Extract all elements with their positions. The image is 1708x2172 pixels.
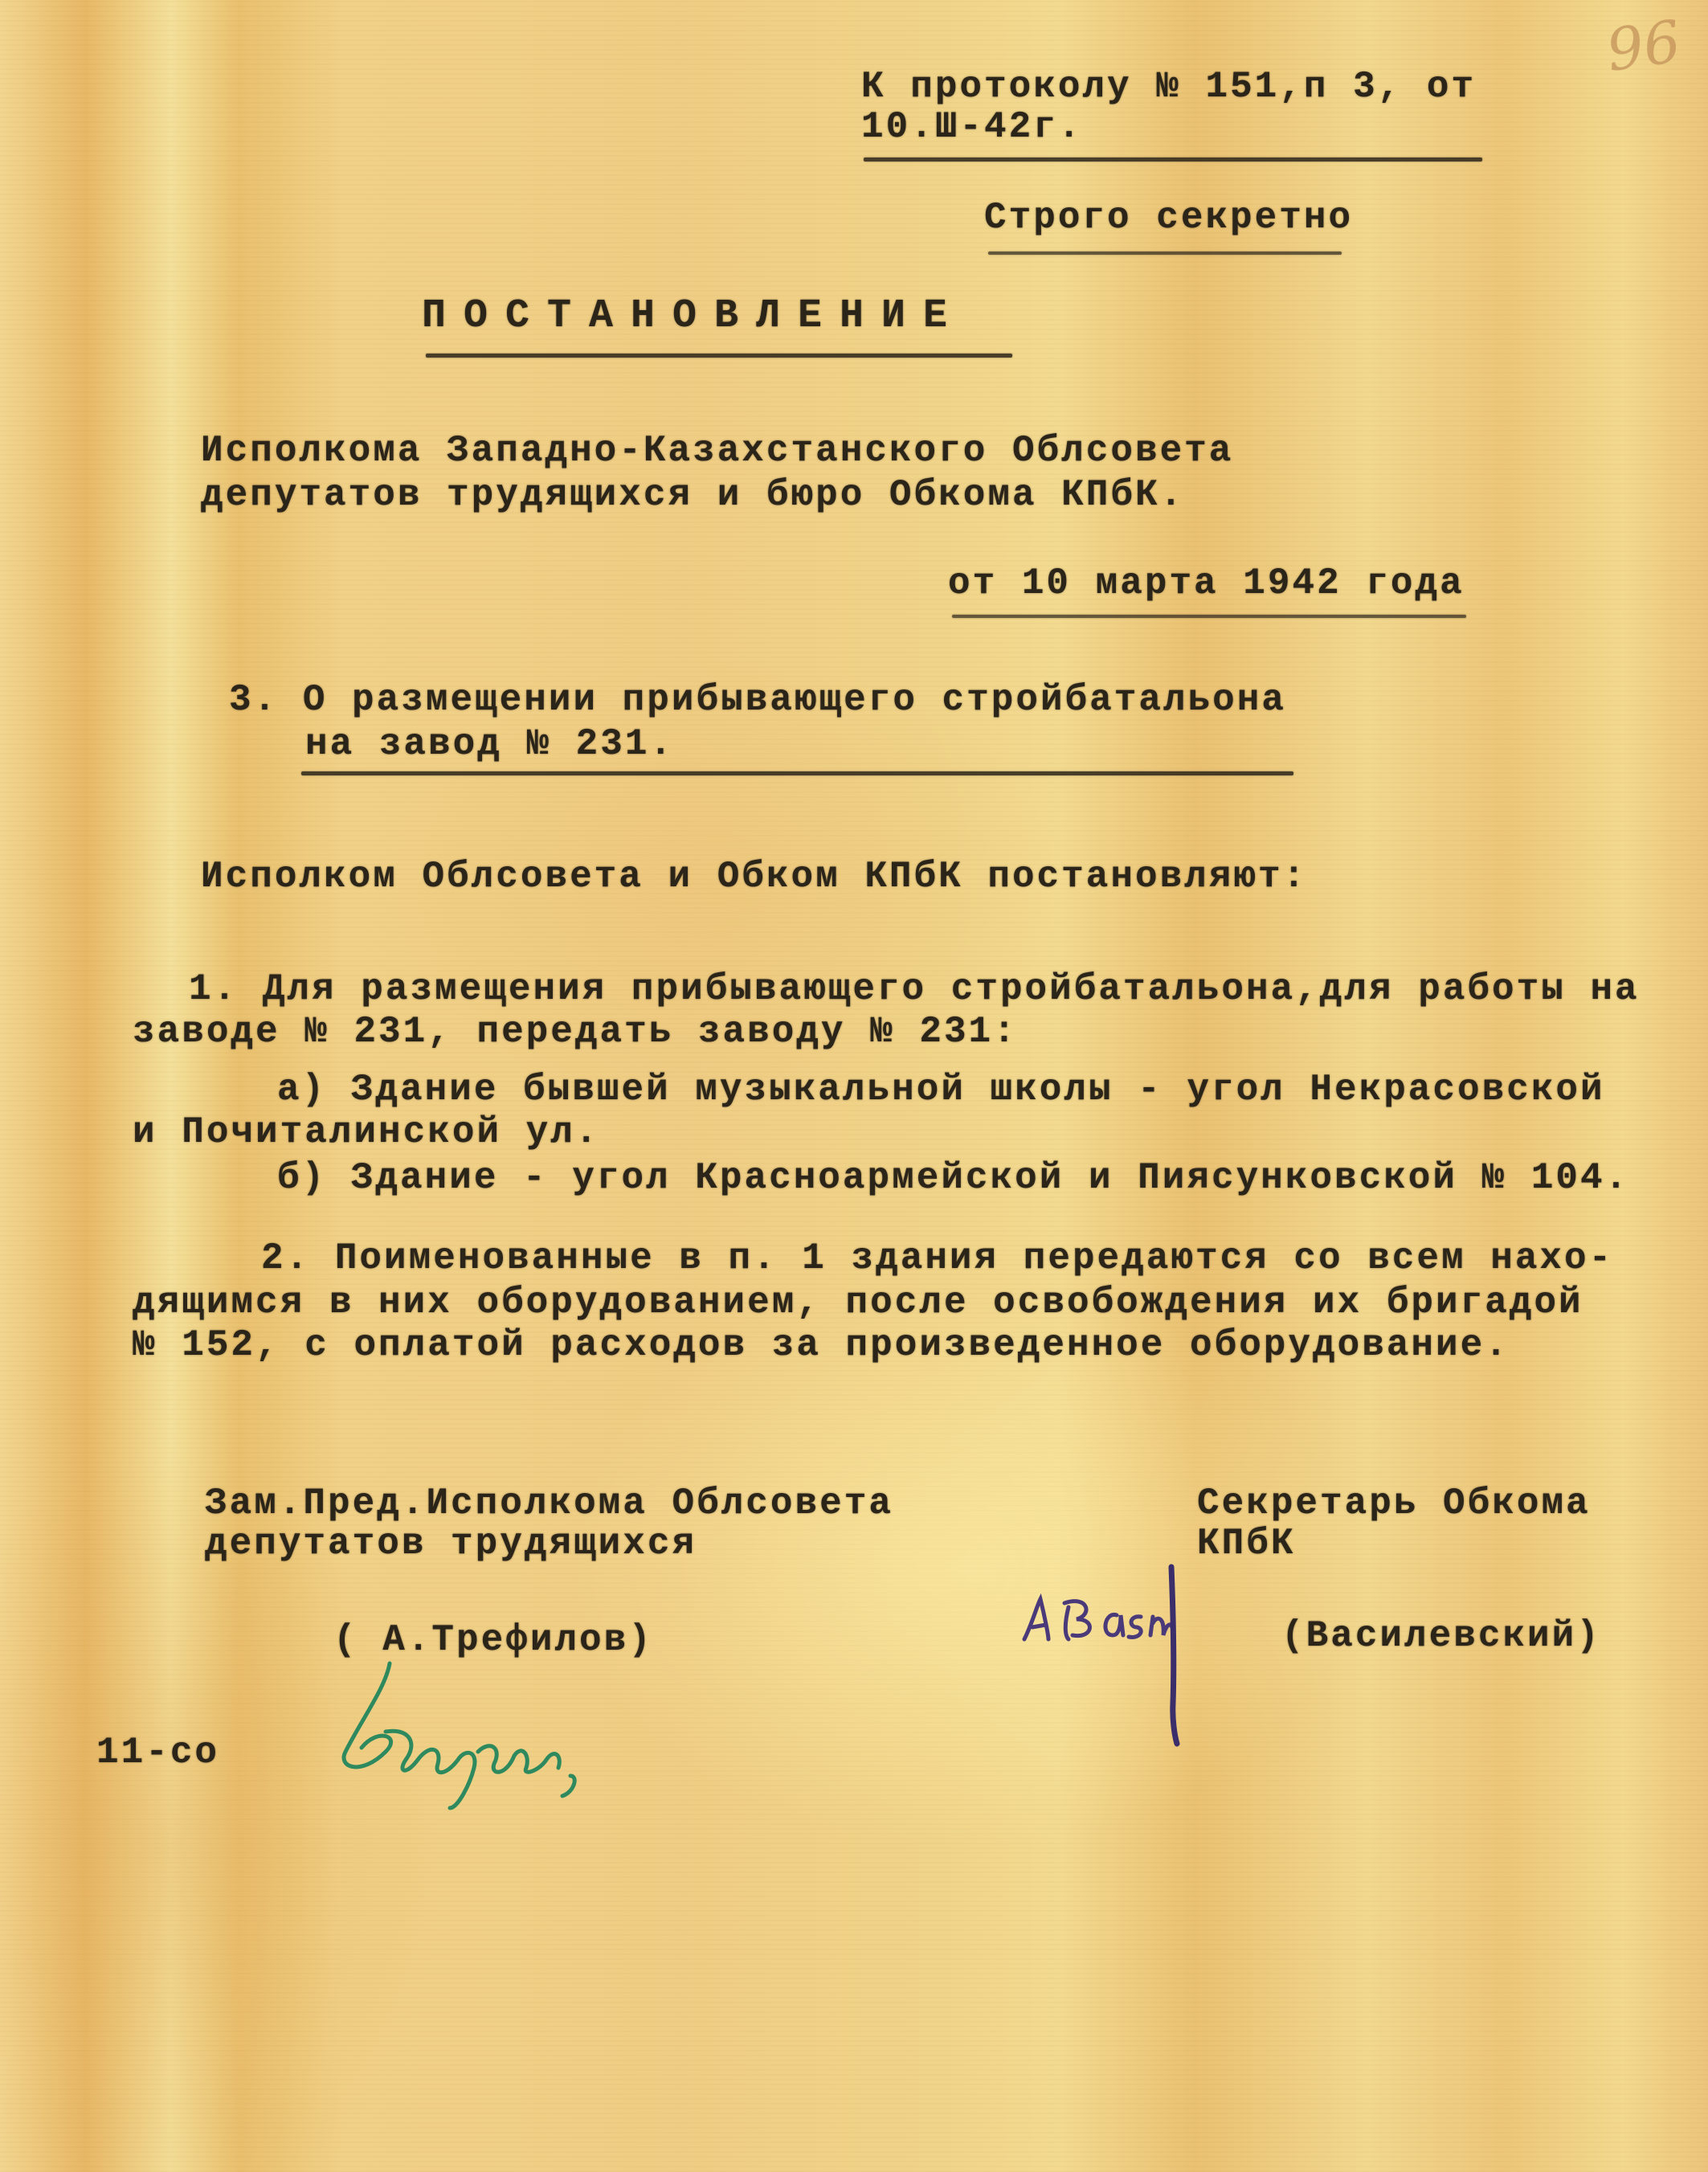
- preamble: Исполком Облсовета и Обком КПбК постанов…: [201, 856, 1307, 898]
- left-signatory-title-1: Зам.Пред.Исполкома Облсовета: [205, 1483, 893, 1524]
- left-handwritten-signature: [329, 1655, 635, 1816]
- subject-line-2: на завод № 231.: [305, 723, 674, 765]
- classification-label: Строго секретно: [984, 197, 1353, 239]
- subject-underline: [301, 771, 1293, 775]
- right-signatory-title-1: Секретарь Обкома: [1197, 1483, 1591, 1524]
- archival-document-page: 96 К протоколу № 151,п 3, от 10.Ш-42г. С…: [0, 0, 1708, 2172]
- title-underline: [426, 354, 1012, 358]
- right-handwritten-signature: [1012, 1559, 1237, 1752]
- item-1-line-1: 1. Для размещения прибывающего стройбата…: [189, 968, 1640, 1010]
- footer-code: 11-co: [96, 1732, 219, 1773]
- header-underline: [864, 157, 1482, 162]
- date-underline: [952, 615, 1466, 618]
- resolution-date: от 10 марта 1942 года: [948, 562, 1465, 604]
- item-2-line-2: дящимся в них оборудованием, после освоб…: [133, 1282, 1583, 1323]
- right-signatory-name: (Василевский): [1281, 1615, 1601, 1657]
- item-1b-line-1: б) Здание - угол Красноармейской и Пиясу…: [277, 1157, 1629, 1199]
- document-title: ПОСТАНОВЛЕНИЕ: [422, 293, 965, 339]
- issuer-line-1: Исполкома Западно-Казахстанского Облсове…: [201, 430, 1233, 472]
- classification-underline: [988, 252, 1342, 255]
- item-1a-line-2: и Почиталинской ул.: [133, 1111, 600, 1153]
- item-2-line-1: 2. Поименованные в п. 1 здания передаютс…: [261, 1237, 1613, 1279]
- item-2-line-3: № 152, с оплатой расходов за произведенн…: [133, 1324, 1510, 1366]
- item-1-line-2: заводе № 231, передать заводу № 231:: [133, 1011, 1018, 1053]
- item-1a-line-1: а) Здание бывшей музыкальной школы - уго…: [277, 1069, 1605, 1111]
- archive-page-number: 96: [1603, 7, 1685, 84]
- issuer-line-2: депутатов трудящихся и бюро Обкома КПбК.: [201, 474, 1184, 516]
- subject-line-1: 3. О размещении прибывающего стройбаталь…: [229, 679, 1286, 721]
- protocol-reference: К протоколу № 151,п 3, от: [861, 66, 1476, 108]
- left-signatory-title-2: депутатов трудящихся: [205, 1523, 697, 1565]
- protocol-date: 10.Ш-42г.: [861, 106, 1082, 148]
